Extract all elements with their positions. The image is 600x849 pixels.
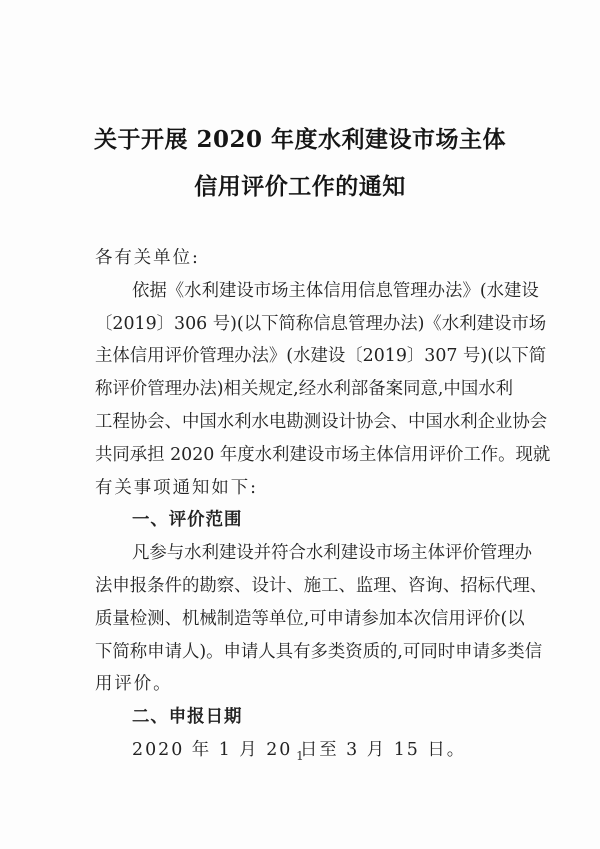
section-line: 法申报条件的勘察、设计、施工、监理、咨询、招标代理、	[95, 570, 513, 603]
paragraph-line: 有关事项通知如下:	[95, 472, 513, 505]
section-heading-dates: 二、申报日期	[95, 701, 513, 734]
section-line: 用评价。	[95, 668, 513, 701]
paragraph-line: 依据《水利建设市场主体信用信息管理办法》(水建设	[95, 275, 513, 308]
document-body: 各有关单位: 依据《水利建设市场主体信用信息管理办法》(水建设 〔2019〕30…	[95, 242, 513, 767]
paragraph-line: 称评价管理办法)相关规定,经水利部备案同意,中国水利	[95, 373, 513, 406]
section-line: 质量检测、机械制造等单位,可申请参加本次信用评价(以	[95, 603, 513, 636]
section-line: 下简称申请人)。申请人具有多类资质的,可同时申请多类信	[95, 636, 513, 669]
paragraph-line: 共同承担 2020 年度水利建设市场主体信用评价工作。现就	[95, 439, 513, 472]
section-heading-scope: 一、评价范围	[95, 504, 513, 537]
paragraph-line: 主体信用评价管理办法》(水建设〔2019〕307 号)(以下简	[95, 340, 513, 373]
document-title-line-2: 信用评价工作的通知	[0, 168, 600, 201]
paragraph-line: 工程协会、中国水利水电勘测设计协会、中国水利企业协会	[95, 406, 513, 439]
document-title-line-1: 关于开展 2020 年度水利建设市场主体	[0, 121, 600, 154]
paragraph-line: 〔2019〕306 号)(以下简称信息管理办法)《水利建设市场	[95, 308, 513, 341]
page-number: 1	[0, 749, 600, 763]
section-line: 凡参与水利建设并符合水利建设市场主体评价管理办	[95, 537, 513, 570]
document-page: 关于开展 2020 年度水利建设市场主体 信用评价工作的通知 各有关单位: 依据…	[0, 0, 600, 849]
salutation: 各有关单位:	[95, 242, 513, 275]
